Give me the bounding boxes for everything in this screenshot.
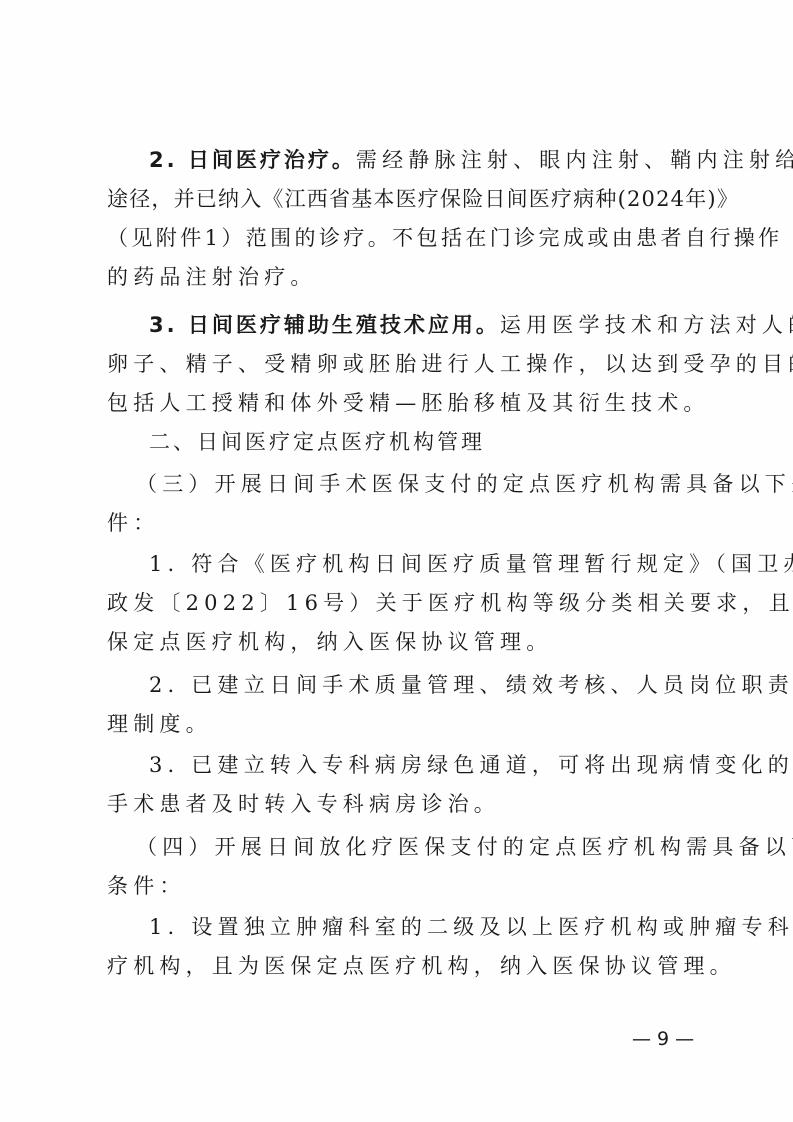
subsection-4-item-1-line-2: 疗机构，且为医保定点医疗机构，纳入医保协议管理。 [107,952,693,980]
subsection-3-item-2-line-2: 理制度。 [107,710,693,738]
item-2-text: 需经静脉注射、眼内注射、鞘内注射给药 [356,148,793,172]
subsection-4-line-1: （四）开展日间放化疗医保支付的定点医疗机构需具备以下 [136,833,693,861]
paragraph-item-3-line-3: 包括人工授精和体外受精—胚胎移植及其衍生技术。 [107,389,693,417]
paragraph-item-2-line-3: （见附件1）范围的诊疗。不包括在门诊完成或由患者自行操作 [107,224,693,252]
subsection-3-item-1-line-1: 1. 符合《医疗机构日间医疗质量管理暂行规定》（国卫办医 [149,550,693,578]
paragraph-item-3-line-2: 卵子、精子、受精卵或胚胎进行人工操作，以达到受孕的目的， [107,350,693,378]
subsection-3-line-1: （三）开展日间手术医保支付的定点医疗机构需具备以下条 [136,470,693,498]
paragraph-item-2-line-2: 途径，并已纳入《江西省基本医疗保险日间医疗病种(2024年)》 [107,185,693,213]
paragraph-item-3-line-1: 3. 日间医疗辅助生殖技术应用。运用医学技术和方法对人的 [149,311,693,339]
page-number: — 9 — [632,1028,694,1050]
subsection-4-item-1-line-1: 1. 设置独立肿瘤科室的二级及以上医疗机构或肿瘤专科医 [149,913,693,941]
paragraph-item-2-line-4: 的药品注射治疗。 [107,263,693,291]
item-2-heading: 2. 日间医疗治疗。 [149,148,356,172]
subsection-3-line-2: 件： [107,509,693,537]
subsection-3-item-3-line-1: 3. 已建立转入专科病房绿色通道，可将出现病情变化的日间 [149,751,693,779]
section-heading-2: 二、日间医疗定点医疗机构管理 [149,428,693,456]
item-3-text: 运用医学技术和方法对人的 [500,313,793,337]
item-3-heading: 3. 日间医疗辅助生殖技术应用。 [149,313,500,337]
paragraph-item-2-line-1: 2. 日间医疗治疗。需经静脉注射、眼内注射、鞘内注射给药 [149,146,693,174]
subsection-3-item-1-line-2: 政发〔2022〕16号）关于医疗机构等级分类相关要求，且为医 [107,589,693,617]
document-page: 2. 日间医疗治疗。需经静脉注射、眼内注射、鞘内注射给药 途径，并已纳入《江西省… [0,0,793,1122]
subsection-3-item-3-line-2: 手术患者及时转入专科病房诊治。 [107,790,693,818]
subsection-3-item-1-line-3: 保定点医疗机构，纳入医保协议管理。 [107,628,693,656]
subsection-3-item-2-line-1: 2. 已建立日间手术质量管理、绩效考核、人员岗位职责等管 [149,671,693,699]
subsection-4-line-2: 条件： [107,872,693,900]
